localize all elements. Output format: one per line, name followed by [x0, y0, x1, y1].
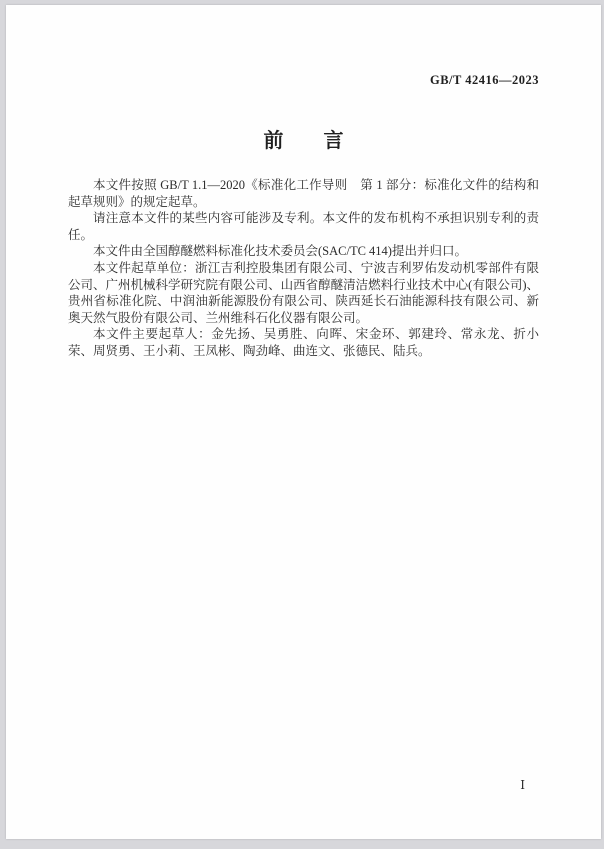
body-paragraph-committee: 本文件由全国醇醚燃料标准化技术委员会(SAC/TC 414)提出并归口。: [68, 243, 539, 260]
body-paragraph-main-drafters: 本文件主要起草人：金先扬、吴勇胜、向晖、宋金环、郭建玲、常永龙、折小荣、周贤勇、…: [68, 326, 539, 359]
body-paragraph-patent-notice: 请注意本文件的某些内容可能涉及专利。本文件的发布机构不承担识别专利的责任。: [68, 210, 539, 243]
body-paragraph-drafting-rule: 本文件按照 GB/T 1.1—2020《标准化工作导则 第 1 部分：标准化文件…: [68, 177, 539, 210]
standard-number: GB/T 42416—2023: [68, 73, 539, 88]
page-title: 前 言: [68, 124, 539, 153]
foreword-body: 本文件按照 GB/T 1.1—2020《标准化工作导则 第 1 部分：标准化文件…: [68, 177, 539, 360]
page-number: Ⅰ: [520, 778, 525, 793]
page-content: GB/T 42416—2023 前 言 本文件按照 GB/T 1.1—2020《…: [68, 5, 539, 360]
document-background: { "page": { "doc_number": "GB/T 42416—20…: [0, 0, 604, 849]
document-page: GB/T 42416—2023 前 言 本文件按照 GB/T 1.1—2020《…: [6, 5, 601, 839]
body-paragraph-drafting-organizations: 本文件起草单位：浙江吉利控股集团有限公司、宁波吉利罗佑发动机零部件有限公司、广州…: [68, 260, 539, 326]
